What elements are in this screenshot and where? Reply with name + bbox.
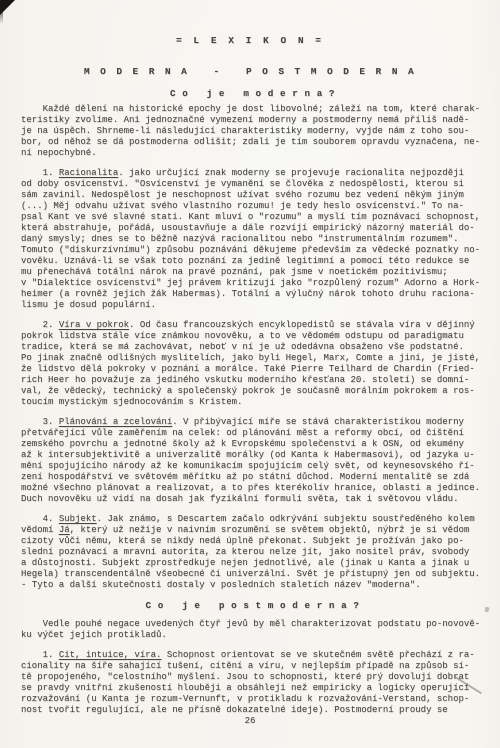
underlined-text: Plánování a zcelování (59, 417, 172, 427)
text-line: - Tyto a další skutečnosti dostaly v pos… (21, 580, 484, 591)
paragraph: 2. Víra v pokrok. Od času francouzských … (21, 320, 484, 408)
text-line: Duch novověku už vidí na dosah jak fyzik… (21, 494, 484, 505)
text-line: lismu je dosud populární. (21, 300, 484, 311)
paragraph: Vedle pouhé negace uvedených čtyř jevů b… (21, 619, 484, 641)
text-line: která abstrahuje, pořádá, usoustavňuje a… (21, 223, 484, 234)
underlined-text: Subjekt (59, 514, 97, 524)
text-line: a důstojnosti. Subjekt zprostředkuje nej… (21, 558, 484, 569)
paragraph: 1. Cit, intuice, víra. Schopnost oriento… (21, 650, 484, 716)
text-line: rozvažování (u Kanta je rozum-Vernunft, … (21, 694, 484, 705)
scan-artifact-edge (0, 0, 3, 24)
text-line: ní nepochybné. (21, 148, 484, 159)
text-line: val, že vědecký, technický a společenský… (21, 386, 484, 397)
text-line: že lidstvo dělá pokroky v poznání a morá… (21, 364, 484, 375)
text-line: 1. Racionalita. jako určující znak moder… (21, 168, 484, 179)
text-line: 1. Cit, intuice, víra. Schopnost oriento… (21, 650, 484, 661)
section-heading-moderna: C o j e m o d e r n a ? (21, 88, 484, 99)
text-line: ku výčet jejich protikladů. (21, 630, 484, 641)
text-line: pokrok lidstva stále více známkou novově… (21, 331, 484, 342)
section-moderna: C o j e m o d e r n a ? Každé dělení na … (21, 88, 484, 591)
text-line: možné všechno plánovat a realizovat, a t… (21, 483, 484, 494)
text-line: Tomuto ("diskurzívnímu") způsobu poznává… (21, 245, 484, 256)
text-line: vědomí Já, který už nežije v naivním sro… (21, 525, 484, 536)
text-line: cizoty vůči němu, která se nikdy nedá úp… (21, 536, 484, 547)
text-line: přetvářející vůle zaměřením na celek: od… (21, 428, 484, 439)
section-blocks-postmoderna: Vedle pouhé negace uvedených čtyř jevů b… (21, 619, 484, 716)
text-line: mění spojujícího národy až ke komunikací… (21, 461, 484, 472)
text-line: rich Heer ho považuje za jediného vskutk… (21, 375, 484, 386)
text-line: je na úspěch. Shrneme-li následující cha… (21, 126, 484, 137)
text-line: heimer (a rovněž jejich žák Habermas). T… (21, 289, 484, 300)
document-body: C o j e m o d e r n a ? Každé dělení na … (21, 88, 484, 725)
text-line: 4. Subjekt. Jak známo, s Descartem začal… (21, 514, 484, 525)
text-line: slední poznávací a mravní autorita, za k… (21, 547, 484, 558)
page-subtitle: M O D E R N A - P O S T M O D E R N A (0, 66, 500, 77)
text-line: Hegela) transcendentálně všeobecné či un… (21, 569, 484, 580)
text-line: daný smysly; dnes se to běžně nazývá rac… (21, 234, 484, 245)
page-number: 26 (0, 716, 500, 726)
text-line: bor, od něhož se dá postmoderna odlišit;… (21, 137, 484, 148)
section-blocks-moderna: Každé dělení na historické epochy je dos… (21, 104, 484, 591)
section-heading-postmoderna: C o j e p o s t m o d e r n a ? (21, 600, 484, 611)
paragraph: Každé dělení na historické epochy je dos… (21, 104, 484, 159)
text-line: Vedle pouhé negace uvedených čtyř jevů b… (21, 619, 484, 630)
underlined-text: Já (59, 525, 70, 535)
text-line: Každé dělení na historické epochy je dos… (21, 104, 484, 115)
scanned-document-page: = L E X I K O N = M O D E R N A - P O S … (0, 0, 500, 748)
text-line: toucím mystickým sjednocováním s Kristem… (21, 397, 484, 408)
text-line: nost tvořit regulující, ale ne přísně do… (21, 705, 484, 716)
paragraph: 3. Plánování a zcelování. V přibývající … (21, 417, 484, 505)
text-line: teristiky zvolíme. Ani jednoznačné vymez… (21, 115, 484, 126)
text-line: 3. Plánování a zcelování. V přibývající … (21, 417, 484, 428)
text-line: 2. Víra v pokrok. Od času francouzských … (21, 320, 484, 331)
paragraph: 1. Racionalita. jako určující znak moder… (21, 168, 484, 311)
text-line: Po jinak značně odlišných myslitelích, j… (21, 353, 484, 364)
text-line: zemského povrchu a jednotné školy až k E… (21, 439, 484, 450)
text-line: v "Dialektice osvícenství" jej právem kr… (21, 278, 484, 289)
text-line: sám zavinil. Nedospělost je neschopnost … (21, 190, 484, 201)
text-line: vověku. Uznává-li se však toto poznání z… (21, 256, 484, 267)
scan-artifact-speck (484, 607, 489, 613)
text-line: až k intersubjektivitě a univerzalitě mo… (21, 450, 484, 461)
text-line: mu přenechává totální nárok na pravé poz… (21, 267, 484, 278)
text-line: zení hospodářství ve světovém měřítku až… (21, 472, 484, 483)
underlined-text: Víra v pokrok (59, 320, 129, 330)
underlined-text: Cit, intuice, víra. (59, 650, 162, 660)
paragraph: 4. Subjekt. Jak známo, s Descartem začal… (21, 514, 484, 591)
page-title: = L E X I K O N = (0, 35, 500, 46)
text-line: tradice, která se má zachovávat, neboť v… (21, 342, 484, 353)
section-postmoderna: C o j e p o s t m o d e r n a ? Vedle po… (21, 600, 484, 716)
text-line: (...) Měj odvahu užívat svého vlastního … (21, 201, 484, 212)
text-line: tě propojeného, "celostního" myšlení. Js… (21, 672, 484, 683)
text-line: od doby osvícenství. "Osvícenství je vym… (21, 179, 484, 190)
text-line: se pravdy vnitřní zkušeností hlouběji a … (21, 683, 484, 694)
text-line: psal Kant ve své slavné stati. Kant mluv… (21, 212, 484, 223)
underlined-text: Racionalita (59, 168, 118, 178)
text-line: cionality na šíře sahající tušení, cítěn… (21, 661, 484, 672)
